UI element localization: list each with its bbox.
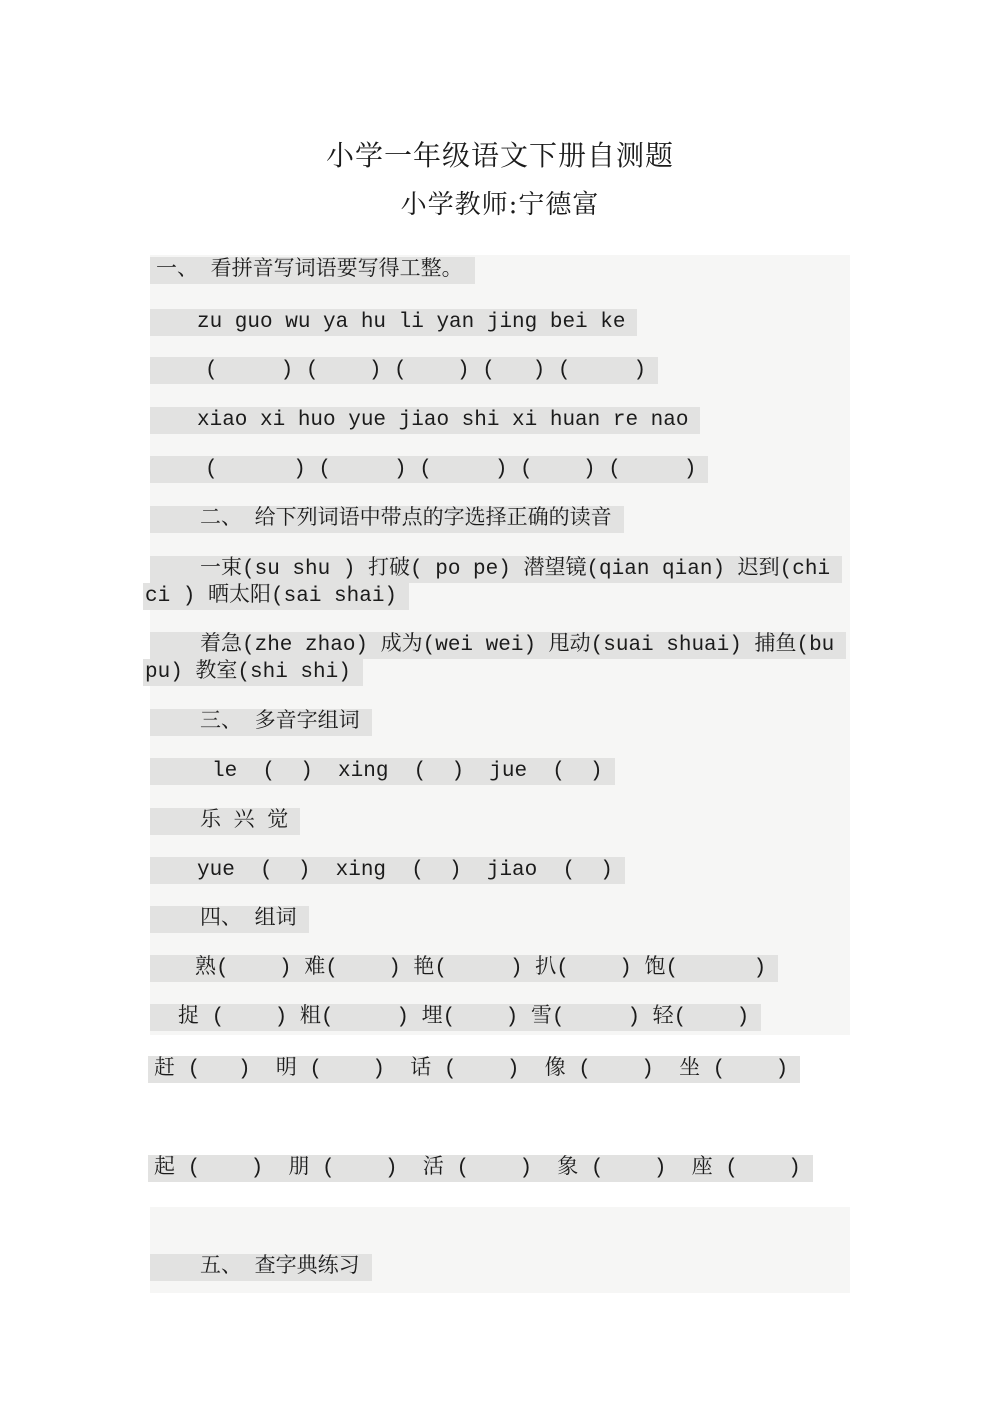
section-4-row-4: 起 ( ) 朋 ( ) 活 ( ) 象 ( ) 座 ( ) bbox=[148, 1155, 813, 1182]
section-3-character-row: 乐 兴 觉 bbox=[150, 808, 300, 835]
section-3-heading: 三、 多音字组词 bbox=[150, 709, 372, 736]
section-1-answer-blanks-2: ( ) ( ) ( ) ( ) ( ) bbox=[150, 456, 708, 483]
section-1-pinyin-row-1: zu guo wu ya hu li yan jing bei ke bbox=[150, 309, 637, 336]
section-1-answer-blanks-1: ( ) ( ) ( ) ( ) ( ) bbox=[150, 357, 658, 384]
section-1-heading: 一、 看拼音写词语要写得工整。 bbox=[150, 257, 475, 284]
section-4-row-1: 熟( ) 难( ) 艳( ) 扒( ) 饱( ) bbox=[150, 955, 778, 982]
section-3-pinyin-row-bottom: yue ( ) xing ( ) jiao ( ) bbox=[150, 857, 625, 884]
section-2-item-1-line-1: 一束(su shu ) 打破( po pe) 潜望镜(qian qian) 迟到… bbox=[150, 556, 842, 583]
section-2-heading: 二、 给下列词语中带点的字选择正确的读音 bbox=[150, 506, 624, 533]
document-page: 小学一年级语文下册自测题 小学教师:宁德富 一、 看拼音写词语要写得工整。 zu… bbox=[0, 0, 1000, 1415]
section-1-pinyin-row-2: xiao xi huo yue jiao shi xi huan re nao bbox=[150, 407, 700, 434]
section-2-item-2-line-1: 着急(zhe zhao) 成为(wei wei) 甩动(suai shuai) … bbox=[150, 632, 846, 659]
section-4-row-2: 捉 ( ) 粗( ) 埋( ) 雪( ) 轻( ) bbox=[150, 1004, 761, 1031]
section-2-item-1-line-2: ci ) 晒太阳(sai shai) bbox=[143, 583, 409, 610]
author-line: 小学教师:宁德富 bbox=[0, 190, 1000, 220]
section-5-heading: 五、 查字典练习 bbox=[150, 1254, 372, 1281]
section-4-heading: 四、 组词 bbox=[150, 906, 309, 933]
section-3-pinyin-row-top: le ( ) xing ( ) jue ( ) bbox=[150, 758, 615, 785]
section-4-row-3: 赶 ( ) 明 ( ) 话 ( ) 像 ( ) 坐 ( ) bbox=[148, 1056, 800, 1083]
document-title: 小学一年级语文下册自测题 bbox=[0, 140, 1000, 172]
section-2-item-2-line-2: pu) 教室(shi shi) bbox=[143, 659, 363, 686]
